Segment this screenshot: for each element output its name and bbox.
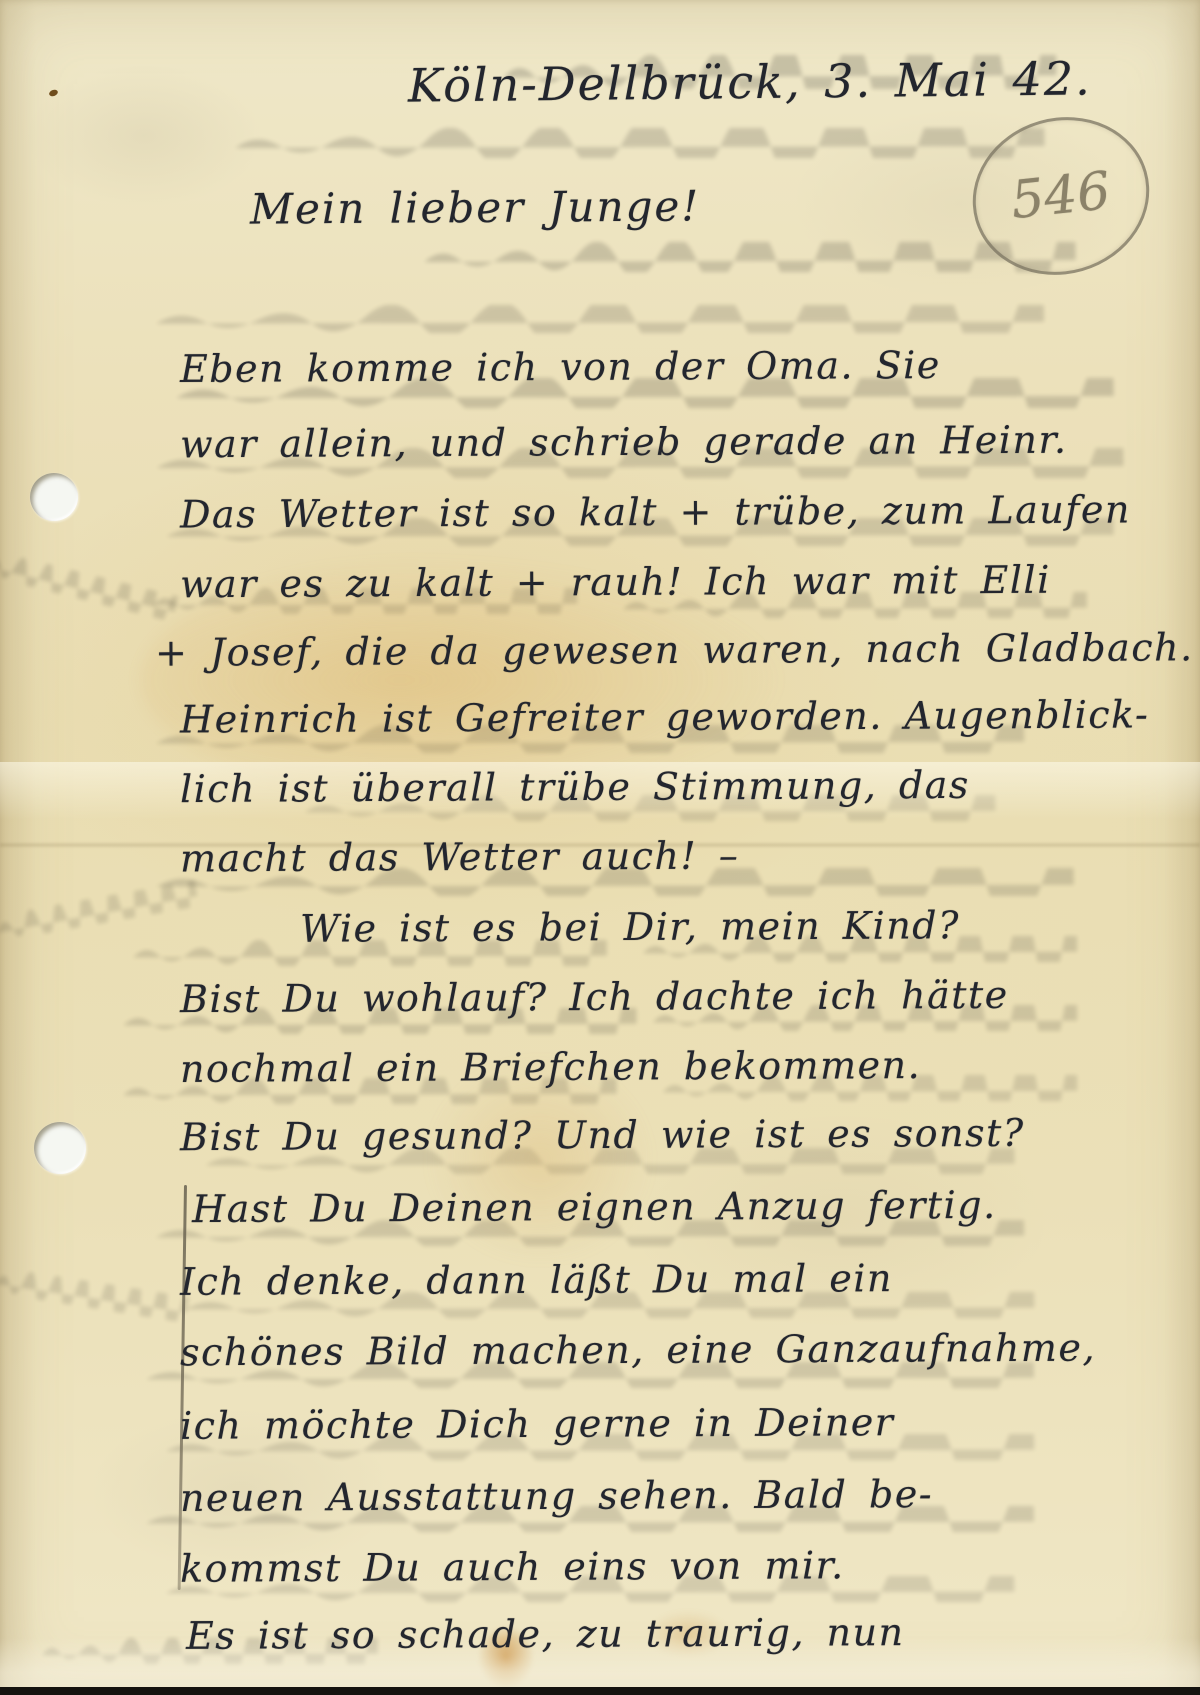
letter-line: schönes Bild machen, eine Ganzaufnahme,: [180, 1326, 1096, 1375]
letter-line: Hast Du Deinen eignen Anzug fertig.: [192, 1183, 997, 1231]
letter-line: Heinrich ist Gefreiter geworden. Augenbl…: [180, 692, 1149, 741]
margin-pencil-line: [178, 1185, 187, 1590]
scan-edge: [0, 1687, 1200, 1695]
letter-line: Ich denke, dann läßt Du mal ein: [180, 1256, 893, 1304]
ink-bleedthrough: [420, 242, 1080, 272]
page-number: 546: [1008, 161, 1113, 231]
letter-line: war es zu kalt + rauh! Ich war mit Elli: [180, 558, 1051, 607]
letter-line: Bist Du wohlauf? Ich dachte ich hätte: [180, 973, 1009, 1021]
letter-line: neuen Ausstattung sehen. Bald be-: [180, 1472, 933, 1520]
ink-bleedthrough: [150, 305, 1050, 333]
letter-line: Wie ist es bei Dir, mein Kind?: [300, 903, 960, 950]
page-number-annotation: 546: [954, 96, 1168, 295]
letter-line: Bist Du gesund? Und wie ist es sonst?: [180, 1111, 1025, 1159]
letter-line: Es ist so schade, zu traurig, nun: [186, 1610, 905, 1658]
salutation: Mein lieber Junge!: [250, 181, 700, 233]
ink-bleedthrough: [0, 880, 201, 946]
letter-line: kommst Du auch eins von mir.: [180, 1543, 845, 1590]
ink-bleedthrough: [0, 544, 180, 622]
stain: [48, 89, 59, 98]
letter-scan-page: 546 Köln-Dellbrück, 3. Mai 42. Mein lieb…: [0, 0, 1200, 1695]
letter-line: ich möchte Dich gerne in Deiner: [180, 1400, 895, 1448]
letter-line: war allein, und schrieb gerade an Heinr.: [180, 418, 1068, 467]
hole-punch-bottom: [34, 1122, 86, 1174]
letter-line: lich ist überall trübe Stimmung, das: [180, 763, 970, 811]
letter-line: macht das Wetter auch! –: [180, 834, 740, 881]
letter-line: Eben komme ich von der Oma. Sie: [180, 343, 941, 391]
dateline: Köln-Dellbrück, 3. Mai 42.: [408, 51, 1092, 112]
ink-bleedthrough: [230, 128, 1050, 158]
letter-line: nochmal ein Briefchen bekommen.: [180, 1043, 921, 1091]
letter-line: + Josef, die da gewesen waren, nach Glad…: [155, 625, 1194, 674]
letter-line: Das Wetter ist so kalt + trübe, zum Lauf…: [180, 488, 1131, 537]
hole-punch-top: [30, 473, 78, 521]
ink-bleedthrough: [0, 1263, 191, 1323]
